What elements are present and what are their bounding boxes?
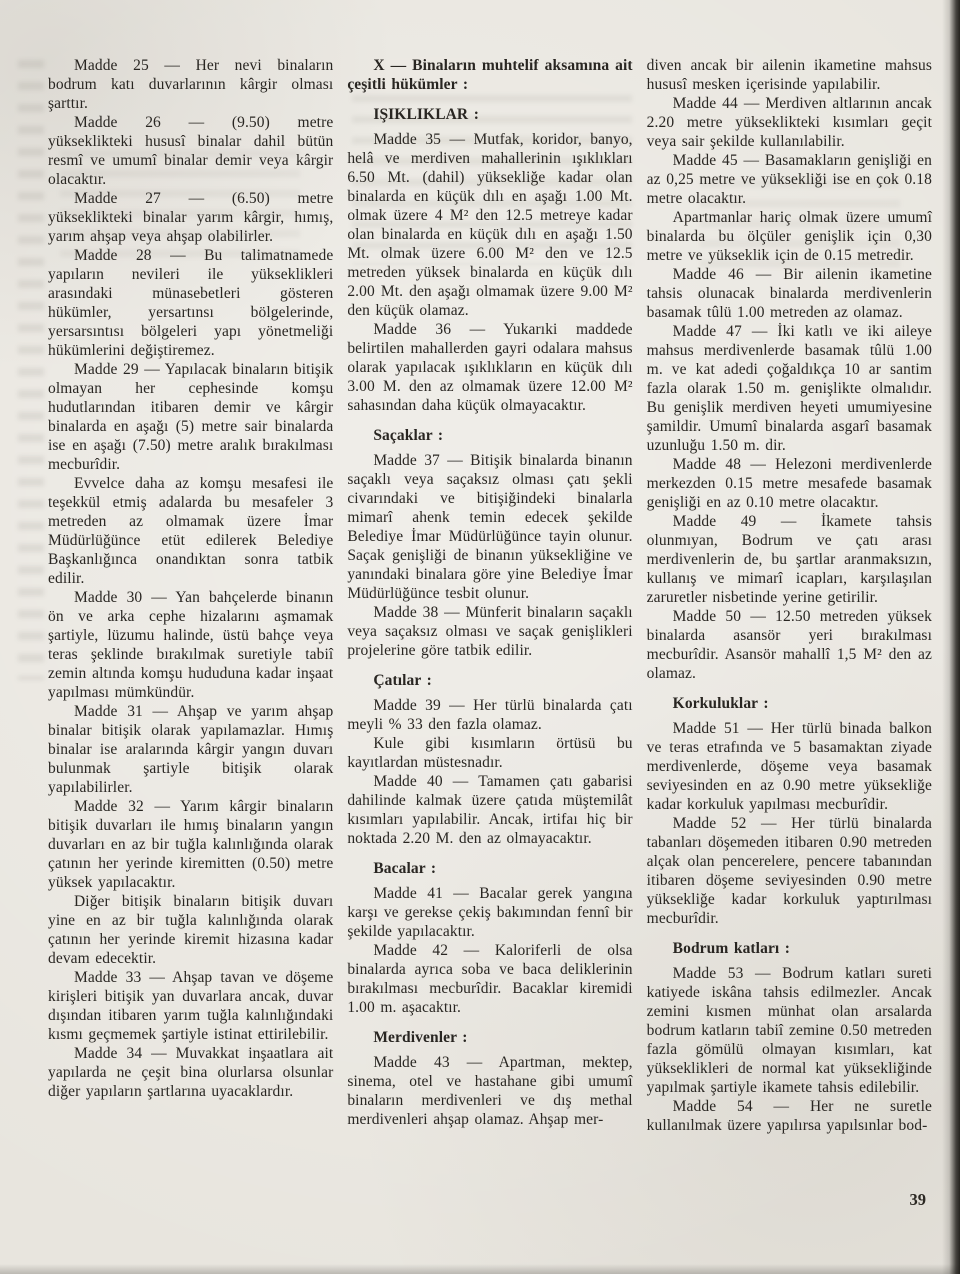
article-paragraph: Madde 49 — İkamete tahsis olunmıyan, Bod… [647,512,932,607]
article-paragraph: Madde 44 — Merdiven altlarının ancak 2.2… [647,94,932,151]
article-paragraph: Diğer bitişik binaların bitişik duvarı y… [48,892,333,968]
article-paragraph: Madde 34 — Muvakkat inşaatlara ait yapıl… [48,1044,333,1101]
sub-section-heading: Çatılar : [347,671,632,690]
article-paragraph: Madde 36 — Yukarıki maddede belirtilen m… [347,320,632,415]
article-paragraph: Madde 52 — Her türlü binalarda tabanları… [647,814,932,928]
article-paragraph: Madde 51 — Her türlü binada balkon ve te… [647,719,932,814]
sub-section-heading: Bodrum katları : [647,939,932,958]
article-paragraph: Evvelce daha az komşu mesafesi ile teşek… [48,474,333,588]
sub-section-heading: Bacalar : [347,859,632,878]
article-paragraph: Kule gibi kısımların örtüsü bu kayıtlard… [347,734,632,772]
article-paragraph: Madde 32 — Yarım kârgir binaların bitişi… [48,797,333,892]
article-paragraph: Madde 42 — Kaloriferli de olsa binalarda… [347,941,632,1017]
article-paragraph: Madde 45 — Basamakların genişliği en az … [647,151,932,208]
article-paragraph: Madde 35 — Mutfak, koridor, banyo, helâ … [347,130,632,320]
article-paragraph: Madde 47 — İki katlı ve iki aileye mahsu… [647,322,932,455]
article-paragraph: Madde 33 — Ahşap tavan ve döşeme kirişle… [48,968,333,1044]
article-paragraph: Madde 54 — Her ne suretle kullanılmak üz… [647,1097,932,1135]
article-paragraph: Apartmanlar hariç olmak üzere umumî bina… [647,208,932,265]
sub-section-heading: IŞIKLIKLAR : [347,105,632,124]
article-paragraph: Madde 27 — (6.50) metre yükseklikteki bi… [48,189,333,246]
article-paragraph: Madde 26 — (9.50) metre yükseklikteki hu… [48,113,333,189]
text-column-middle: X — Binaların muhtelif aksamına ait çeşi… [347,56,632,1135]
document-page: Madde 25 — Her nevi binaların bodrum kat… [0,0,960,1274]
text-column-left: Madde 25 — Her nevi binaların bodrum kat… [48,56,333,1135]
scan-edge-shadow-bottom [0,1264,960,1274]
article-paragraph: Madde 25 — Her nevi binaların bodrum kat… [48,56,333,113]
sub-section-heading: Saçaklar : [347,426,632,445]
article-paragraph: Madde 30 — Yan bahçelerde binanın ön ve … [48,588,333,702]
three-column-text-layout: Madde 25 — Her nevi binaların bodrum kat… [0,0,960,1135]
article-paragraph: Madde 46 — Bir ailenin ikametine tahsis … [647,265,932,322]
article-paragraph: Madde 50 — 12.50 metreden yüksek binalar… [647,607,932,683]
article-paragraph: Madde 40 — Tamamen çatı gabarisi dahilin… [347,772,632,848]
article-paragraph: Madde 29 — Yapılacak binaların bitişik o… [48,360,333,474]
article-paragraph: Madde 31 — Ahşap ve yarım ahşap binalar … [48,702,333,797]
article-paragraph: Madde 37 — Bitişik binalarda binanın saç… [347,451,632,603]
sub-section-heading: Merdivenler : [347,1028,632,1047]
section-heading: X — Binaların muhtelif aksamına ait çeşi… [347,56,632,94]
page-number: 39 [910,1190,927,1210]
article-paragraph-continuation: diven ancak bir ailenin ikametine mahsus… [647,56,932,94]
article-paragraph: Madde 38 — Münferit binaların saçaklı ve… [347,603,632,660]
article-paragraph: Madde 41 — Bacalar gerek yangına karşı v… [347,884,632,941]
text-column-right: diven ancak bir ailenin ikametine mahsus… [647,56,932,1135]
sub-section-heading: Korkuluklar : [647,694,932,713]
article-paragraph: Madde 39 — Her türlü binalarda çatı meyl… [347,696,632,734]
article-paragraph: Madde 53 — Bodrum katları sureti katiyed… [647,964,932,1097]
article-paragraph: Madde 43 — Apartman, mektep, sinema, ote… [347,1053,632,1129]
article-paragraph: Madde 28 — Bu talimatnamede yapıların ne… [48,246,333,360]
article-paragraph: Madde 48 — Helezoni merdivenlerde merkez… [647,455,932,512]
